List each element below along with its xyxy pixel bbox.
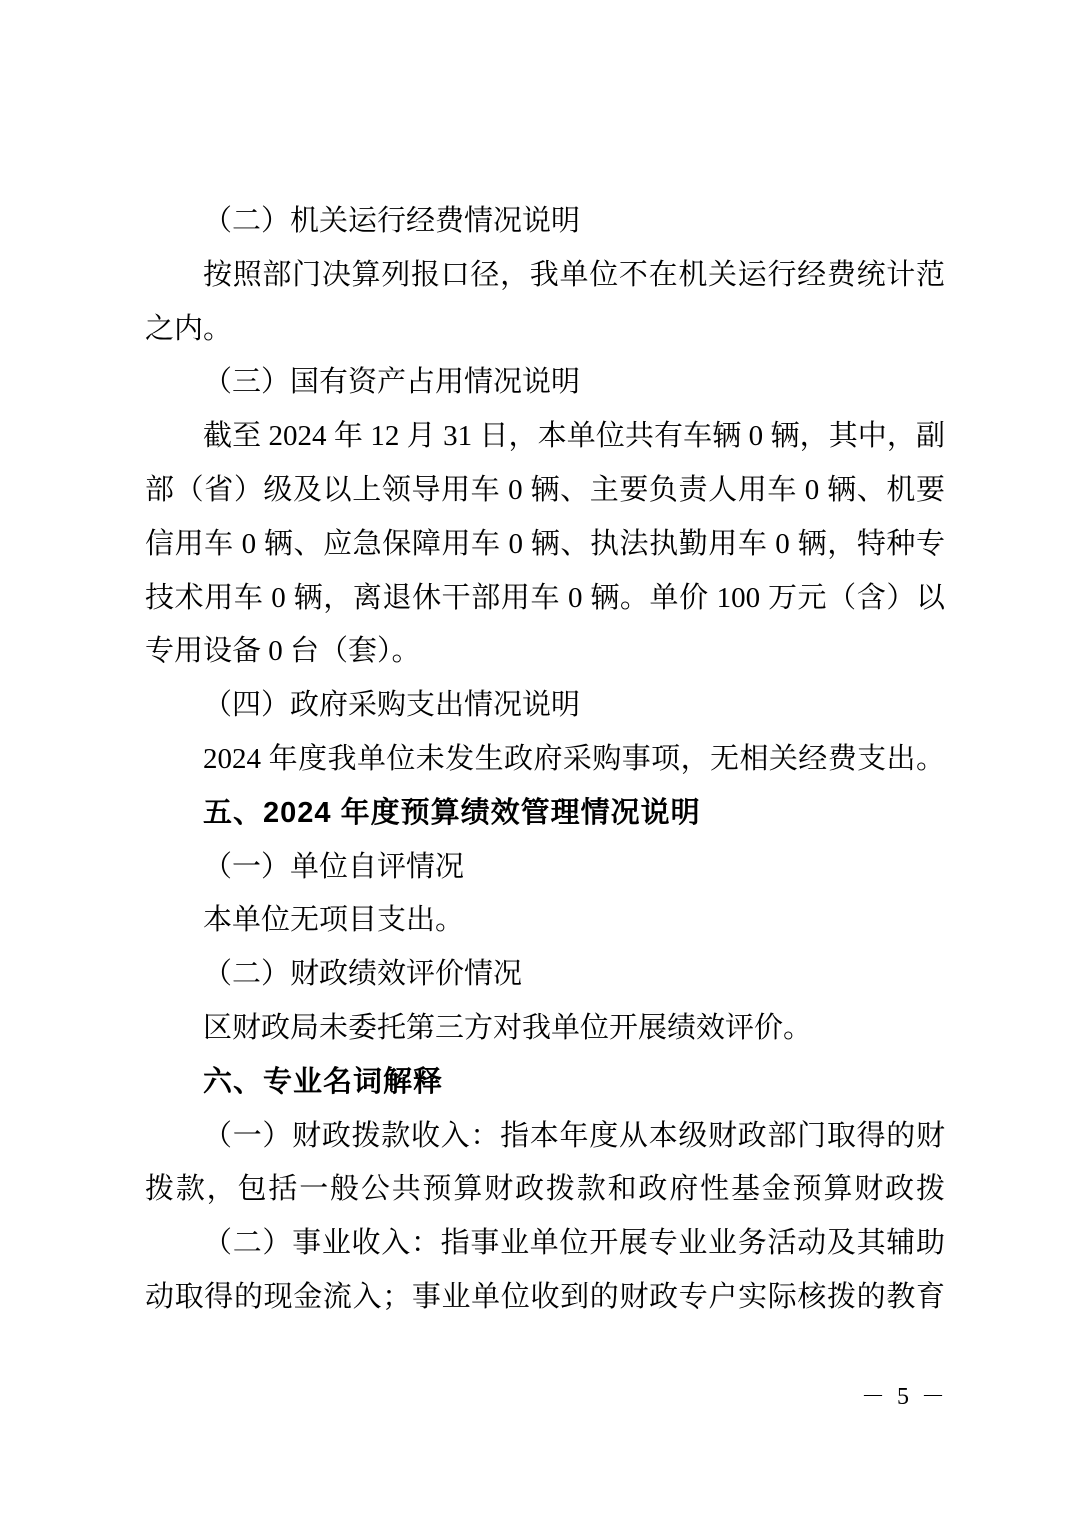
text-line: 区财政局未委托第三方对我单位开展绩效评价。 (145, 1002, 945, 1056)
text-line: 拨款，包括一般公共预算财政拨款和政府性基金预算财政拨款。 (145, 1163, 945, 1217)
text-line: （二）事业收入：指事业单位开展专业业务活动及其辅助活 (145, 1217, 945, 1271)
text-line: （一）财政拨款收入：指本年度从本级财政部门取得的财政 (145, 1110, 945, 1164)
text-line: 部（省）级及以上领导用车 0 辆、主要负责人用车 0 辆、机要通 (145, 464, 945, 518)
page-number: － 5 － (861, 1382, 948, 1412)
text-line: 之内。 (145, 303, 945, 357)
section-heading: 五、2024 年度预算绩效管理情况说明 (145, 787, 945, 841)
text-line: 2024 年度我单位未发生政府采购事项，无相关经费支出。 (145, 733, 945, 787)
text-line: 专用设备 0 台（套）。 (145, 625, 945, 679)
section-heading: 六、专业名词解释 (145, 1056, 945, 1110)
document-page: （二）机关运行经费情况说明按照部门决算列报口径，我单位不在机关运行经费统计范围之… (0, 0, 1074, 1520)
sub-heading: （二）机关运行经费情况说明 (145, 195, 945, 249)
sub-heading: （一）单位自评情况 (145, 841, 945, 895)
sub-heading: （四）政府采购支出情况说明 (145, 679, 945, 733)
text-line: 截至 2024 年 12 月 31 日，本单位共有车辆 0 辆，其中，副 (145, 410, 945, 464)
text-line: 技术用车 0 辆，离退休干部用车 0 辆。单价 100 万元（含）以上 (145, 572, 945, 626)
text-line: 本单位无项目支出。 (145, 894, 945, 948)
text-line: 动取得的现金流入；事业单位收到的财政专户实际核拨的教育收 (145, 1271, 945, 1325)
text-line: 按照部门决算列报口径，我单位不在机关运行经费统计范围 (145, 249, 945, 303)
sub-heading: （三）国有资产占用情况说明 (145, 356, 945, 410)
sub-heading: （二）财政绩效评价情况 (145, 948, 945, 1002)
text-line: 信用车 0 辆、应急保障用车 0 辆、执法执勤用车 0 辆，特种专业 (145, 518, 945, 572)
document-body: （二）机关运行经费情况说明按照部门决算列报口径，我单位不在机关运行经费统计范围之… (145, 195, 945, 1325)
